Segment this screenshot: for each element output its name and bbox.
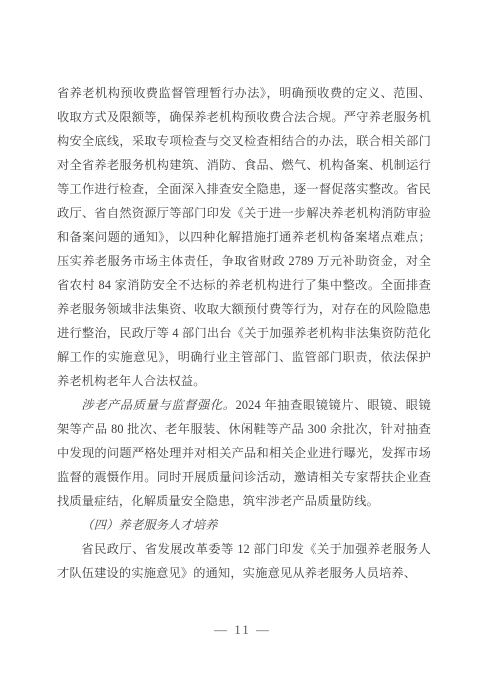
paragraph-product-quality: 涉老产品质量与监督强化。2024 年抽查眼镜镜片、眼镜、眼镜架等产品 80 批次… <box>57 393 431 513</box>
paragraph-talent-development: 省民政厅、省发展改革委等 12 部门印发《关于加强养老服务人才队伍建设的实施意见… <box>57 537 431 585</box>
paragraph-policy-supervision: 省养老机构预收费监督管理暂行办法》，明确预收费的定义、范围、收取方式及限额等，确… <box>57 81 431 393</box>
paragraph-lead-phrase: 涉老产品质量与监督强化。 <box>81 398 235 412</box>
document-page: 省养老机构预收费监督管理暂行办法》，明确预收费的定义、范围、收取方式及限额等，确… <box>0 0 485 686</box>
page-body: 省养老机构预收费监督管理暂行办法》，明确预收费的定义、范围、收取方式及限额等，确… <box>57 81 431 585</box>
paragraph-body-text: 2024 年抽查眼镜镜片、眼镜、眼镜架等产品 80 批次、老年服装、休闲鞋等产品… <box>57 398 431 508</box>
section-heading-talent: （四）养老服务人才培养 <box>57 513 431 537</box>
page-number-text: — 11 — <box>214 622 271 637</box>
page-number: — 11 — <box>0 620 485 640</box>
